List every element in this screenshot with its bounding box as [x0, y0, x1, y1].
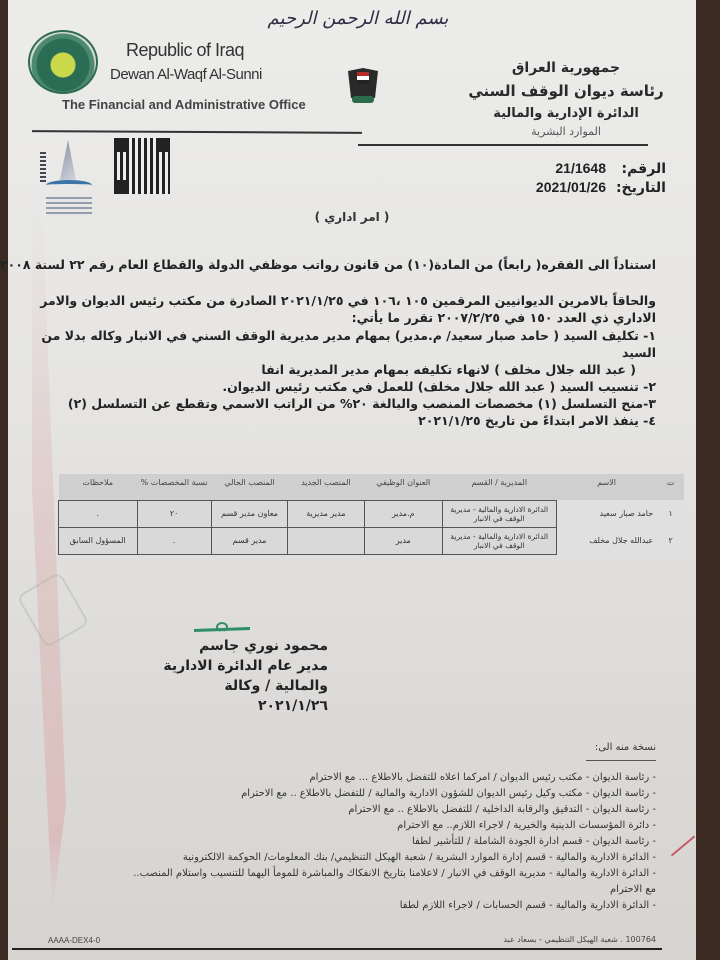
cell-current-position: معاون مدير قسم	[211, 500, 287, 527]
ref-label: الرقم:	[618, 161, 666, 177]
cell-job-title: مدير	[364, 527, 442, 554]
english-line-1: Republic of Iraq	[126, 40, 244, 61]
ministry-seal-icon	[28, 30, 98, 94]
order-items: ١- تكليف السيد ( حامد صبار سعيد/ م.مدير)…	[8, 327, 656, 429]
cell-department: الدائرة الادارية والمالية - مديرية الوقف…	[443, 500, 557, 527]
cell-allowance: .	[137, 527, 211, 554]
signatory-title: مدير عام الدائرة الادارية	[158, 656, 328, 676]
english-line-2: Dewan Al-Waqf Al-Sunni	[110, 66, 262, 83]
qr-code-icon	[114, 138, 170, 194]
col-notes: ملاحظات	[59, 474, 138, 500]
cc-item: - رئاسة الديوان - قسم ادارة الجودة الشام…	[133, 834, 656, 850]
col-allowance-pct: نسبة المخصصات %	[137, 474, 211, 500]
assignment-table: ت الاسم المديرية / القسم العنوان الوظيفي…	[58, 474, 684, 555]
cell-allowance: ٢٠	[137, 500, 211, 527]
cc-item: - الدائرة الادارية والمالية - قسم إدارة …	[133, 850, 656, 866]
cc-item: - رئاسة الديوان - مكتب رئيس الديوان / ام…	[133, 770, 656, 786]
footer-divider	[12, 948, 662, 950]
order-item-continuation: ( عبد الله جلال مخلف ) لانهاء تكليفه بمه…	[8, 361, 656, 378]
footer-ref: 100764 . شعبة الهيكل التنظيمي - بسعاد عب…	[503, 935, 656, 944]
cc-item: - الدائرة الادارية والمالية - مديرية الو…	[133, 866, 656, 882]
cell-department: الدائرة الادارية والمالية - مديرية الوقف…	[443, 527, 557, 554]
cc-item-continuation: مع الاحترام	[133, 882, 656, 898]
order-item: ١- تكليف السيد ( حامد صبار سعيد/ م.مدير)…	[8, 327, 656, 361]
signature-stroke-icon	[216, 622, 228, 632]
order-item: ٣-منح التسلسل (١) مخصصات المنصب والبالغة…	[8, 395, 656, 412]
signatory-title: والمالية / وكالة	[158, 676, 328, 696]
cc-heading: نسخة منه الى:	[595, 742, 656, 753]
order-item: ٢- تنسيب السيد ( عبد الله جلال مخلف) للع…	[8, 378, 656, 395]
table-header-row: ت الاسم المديرية / القسم العنوان الوظيفي…	[59, 474, 685, 500]
document-page: بسم الله الرحمن الرحيم Republic of Iraq …	[8, 0, 696, 960]
order-title: ( امر اداري )	[8, 210, 696, 224]
arabic-line-2: رئاسة ديوان الوقف السني	[466, 82, 666, 100]
background-edge	[696, 0, 720, 960]
pen-mark	[32, 210, 66, 910]
cell-current-position: مدير قسم	[211, 527, 287, 554]
waqf-logo-icon	[42, 140, 96, 216]
signature-date: ٢٠٢١/١/٢٦	[158, 696, 328, 716]
basmala: بسم الله الرحمن الرحيم	[258, 8, 458, 34]
col-current-position: المنصب الحالي	[211, 474, 287, 500]
signature-block: محمود نوري جاسم مدير عام الدائرة الاداري…	[158, 636, 328, 716]
paragraph-3: الاداري ذي العدد ١٥٠ في ٢٠٠٧/٢/٢٥ تقرر م…	[352, 309, 656, 326]
col-department: المديرية / القسم	[443, 474, 557, 500]
col-new-position: المنصب الجديد	[288, 474, 364, 500]
arabic-letterhead: جمهورية العراق رئاسة ديوان الوقف السني ا…	[466, 60, 666, 138]
cell-seq: ٢	[657, 527, 684, 554]
arabic-line-3: الدائرة الإدارية والمالية	[466, 106, 666, 121]
cell-new-position	[288, 527, 364, 554]
cell-job-title: م.مدير	[364, 500, 442, 527]
col-seq: ت	[657, 474, 684, 500]
reference-block: الرقم: 21/1648 التاريخ: 2021/01/26	[536, 160, 666, 198]
iraq-eagle-emblem-icon	[348, 62, 378, 106]
arabic-line-1: جمهورية العراق	[466, 60, 666, 76]
faded-stamp-icon	[16, 572, 89, 649]
ref-number: 21/1648	[555, 160, 606, 176]
cc-item: - الدائرة الادارية والمالية - قسم الحساب…	[133, 898, 656, 914]
footer-code: AAAA-DEX4-0	[48, 936, 100, 945]
cell-name: عبدالله جلال مخلف	[556, 527, 657, 554]
cell-notes: .	[59, 500, 138, 527]
table-row: ١ حامد صبار سعيد الدائرة الادارية والمال…	[59, 500, 685, 527]
cell-new-position: مدير مديرية	[288, 500, 364, 527]
col-job-title: العنوان الوظيفي	[364, 474, 442, 500]
cell-notes: المسؤول السابق	[59, 527, 138, 554]
cc-item: - رئاسة الديوان - مكتب وكيل رئيس الديوان…	[133, 786, 656, 802]
date-value: 2021/01/26	[536, 179, 606, 195]
cc-list: - رئاسة الديوان - مكتب رئيس الديوان / ام…	[133, 770, 656, 914]
date-label: التاريخ:	[618, 180, 666, 196]
check-mark-icon	[671, 836, 695, 857]
cc-underline	[586, 760, 656, 761]
order-item: ٤- ينفذ الامر ابتداءً من تاريخ ٢٠٢١/١/٢٥	[8, 412, 656, 429]
cc-item: - رئاسة الديوان - التدقيق والرقابة الداخ…	[133, 802, 656, 818]
signatory-name: محمود نوري جاسم	[158, 636, 328, 656]
cc-item: - دائرة المؤسسات الدينية والخيرية / لاجر…	[133, 818, 656, 834]
header-divider	[358, 144, 648, 146]
col-name: الاسم	[556, 474, 657, 500]
header-divider	[32, 130, 362, 133]
paragraph-1: استناداً الى الفقره( رابعاً) من المادة(١…	[0, 256, 656, 273]
cell-name: حامد صبار سعيد	[556, 500, 657, 527]
paragraph-2: والحاقاً بالامرين الديوانيين المرقمين ١٠…	[40, 292, 656, 309]
arabic-line-4: الموارد البشرية	[466, 125, 666, 138]
cell-seq: ١	[657, 500, 684, 527]
table-row: ٢ عبدالله جلال مخلف الدائرة الادارية وال…	[59, 527, 685, 554]
english-line-3: The Financial and Administrative Office	[62, 97, 306, 112]
